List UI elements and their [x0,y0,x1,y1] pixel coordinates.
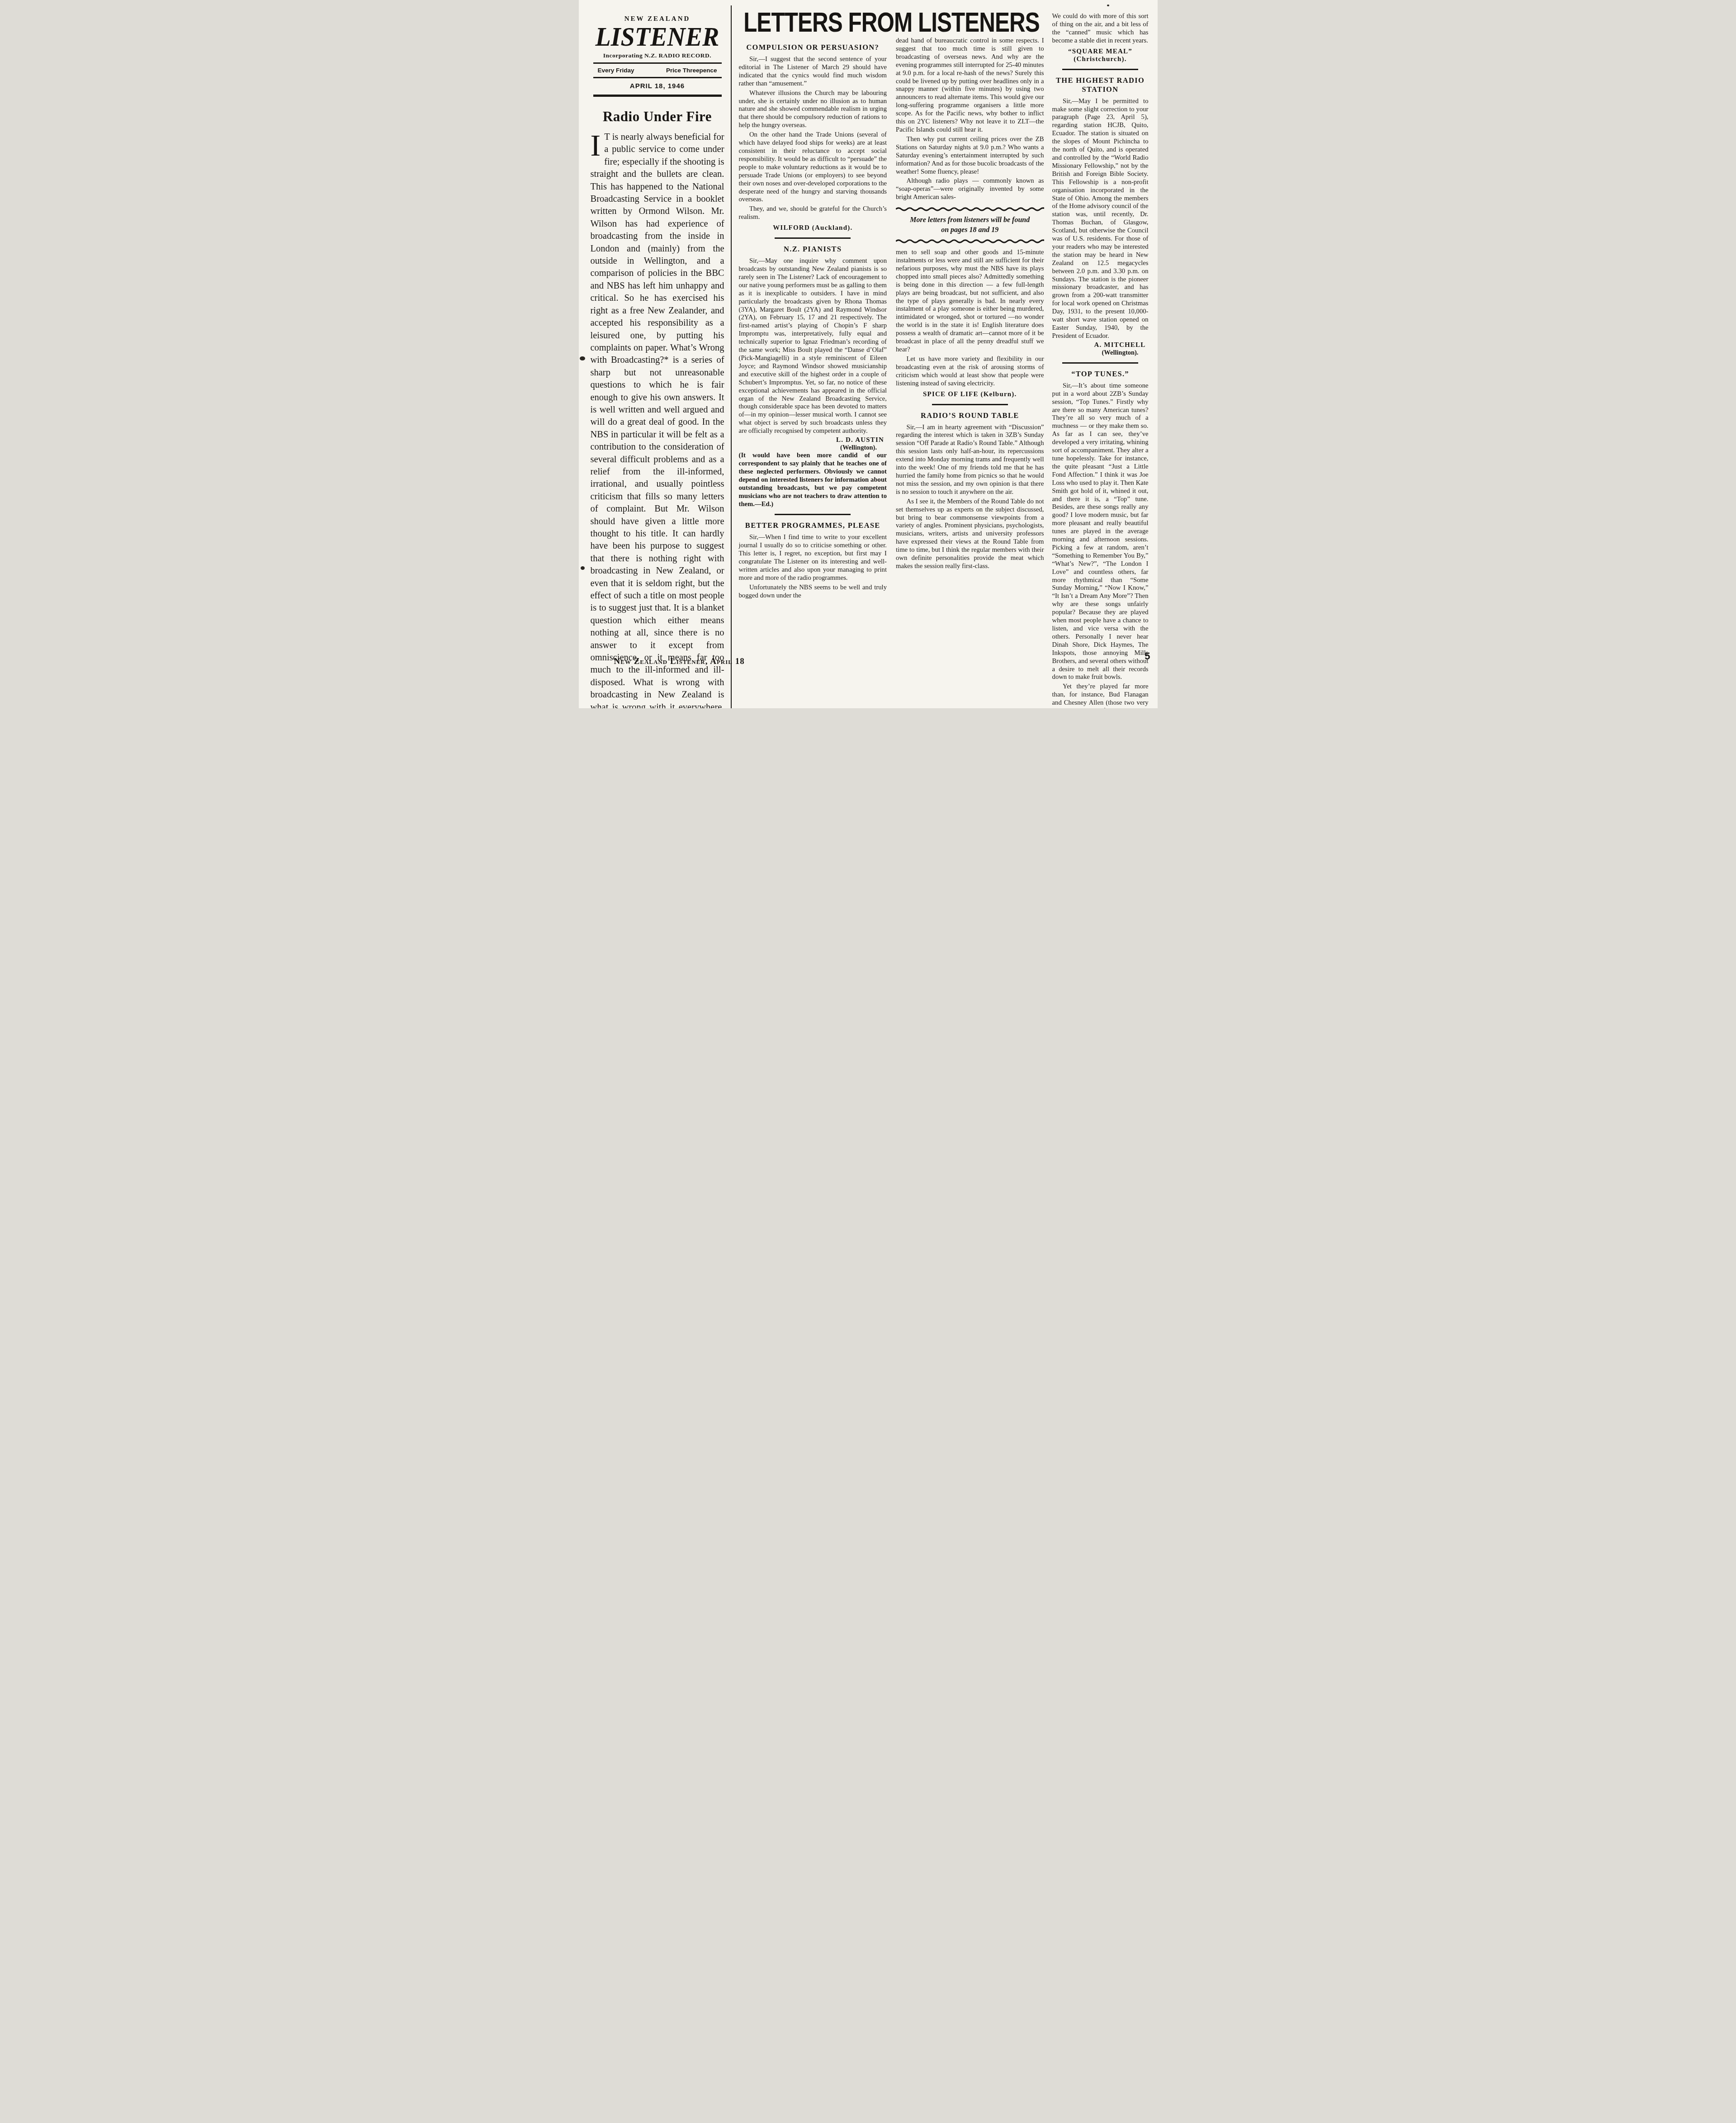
letters-section: LETTERS FROM LISTENERS COMPULSION OR PER… [732,5,1044,708]
page-number: 5 [1145,650,1150,662]
editorial-body: IT is nearly always beneficial for a pub… [591,131,724,708]
masthead-price: Price Threepence [666,67,717,74]
letter-title-top-tunes: “TOP TUNES.” [1052,370,1149,379]
editor-note: (It would have been more candid of our c… [739,452,887,508]
masthead-frequency: Every Friday [598,67,634,74]
letter-title-highest-radio-station: THE HIGHEST RADIO STATION [1052,76,1149,94]
wavy-rule-top [896,207,1044,211]
letter-paragraph: Yet they’re played far more than, for in… [1052,683,1149,708]
letter-signature-location: (Wellington). [1052,349,1149,357]
letter-paragraph-continuation: We could do with more of this sort of th… [1052,13,1149,45]
masthead-frequency-price-row: Every Friday Price Threepence [593,64,722,74]
column-editorial: NEW ZEALAND LISTENER Incorporating N.Z. … [591,5,732,708]
letter-title-compulsion: COMPULSION OR PERSUASION? [739,43,887,52]
letter-paragraph: Sir,—It’s about time someone put in a wo… [1052,382,1149,682]
column-2: COMPULSION OR PERSUASION? Sir,—I suggest… [739,37,887,600]
editorial-text: T is nearly always beneficial for a publ… [591,132,724,708]
section-divider [1062,362,1138,364]
section-divider [775,237,851,239]
letter-signature: SPICE OF LIFE (Kelburn). [896,391,1044,398]
ink-speck [1107,5,1109,6]
columns-wrapper: NEW ZEALAND LISTENER Incorporating N.Z. … [591,5,1149,708]
letter-signature-location: (Wellington). [739,444,887,452]
masthead-region: NEW ZEALAND [593,15,722,23]
letter-paragraph-continuation: dead hand of bureaucratic control in som… [896,37,1044,134]
editorial-dropcap: I [591,131,605,156]
letter-title-nz-pianists: N.Z. PIANISTS [739,245,887,254]
section-divider [775,514,851,515]
more-letters-line1: More letters from listeners will be foun… [896,215,1044,225]
letter-paragraph-continuation: men to sell soap and other goods and 15-… [896,249,1044,354]
masthead-subtitle: Incorporating N.Z. RADIO RECORD. [593,52,722,59]
letter-paragraph: Sir,—May I be permitted to make some sli… [1052,98,1149,341]
letter-paragraph: Whatever illusions the Church may be lab… [739,90,887,130]
masthead-rule-thick [593,95,722,97]
letter-paragraph: Sir,—I suggest that the second sentence … [739,56,887,88]
masthead-title: LISTENER [593,24,722,51]
newspaper-page: NEW ZEALAND LISTENER Incorporating N.Z. … [579,0,1158,708]
letter-paragraph: Unfortunately the NBS seems to be well a… [739,584,887,600]
letter-paragraph: Although radio plays — commonly known as… [896,177,1044,202]
section-divider [932,404,1008,405]
section-divider [1062,69,1138,70]
letter-paragraph: Sir,—May one inquire why comment upon br… [739,257,887,436]
letter-paragraph: Let us have more variety and flexibility… [896,355,1044,388]
letter-signature: WILFORD (Auckland). [739,224,887,232]
ink-speck [580,356,585,360]
column-3: dead hand of bureaucratic control in som… [896,37,1044,600]
letter-paragraph: Sir,—When I find time to write to your e… [739,534,887,582]
letter-paragraph: Then why put current ceiling prices over… [896,136,1044,176]
letter-signature: L. D. AUSTIN [739,436,887,444]
more-letters-notice: More letters from listeners will be foun… [896,207,1044,243]
letter-title-better-programmes: BETTER PROGRAMMES, PLEASE [739,521,887,530]
letter-signature: “SQUARE MEAL” (Christchurch). [1052,48,1149,63]
letter-signature: A. MITCHELL [1052,341,1149,349]
more-letters-line2: on pages 18 and 19 [896,225,1044,235]
ink-speck [581,566,585,570]
masthead-date: APRIL 18, 1946 [593,78,722,91]
letter-paragraph: On the other hand the Trade Unions (seve… [739,131,887,204]
editorial-title: Radio Under Fire [591,109,724,125]
more-letters-text: More letters from listeners will be foun… [896,215,1044,235]
letter-paragraph: As I see it, the Members of the Round Ta… [896,498,1044,571]
column-4: We could do with more of this sort of th… [1044,5,1149,708]
letters-columns: COMPULSION OR PERSUASION? Sir,—I suggest… [739,37,1044,600]
letter-title-radios-round-table: RADIO’S ROUND TABLE [896,411,1044,420]
letter-paragraph: Sir,—I am in hearty agreement with “Disc… [896,424,1044,497]
wavy-rule-bottom [896,239,1044,243]
letter-paragraph: They, and we, should be grateful for the… [739,205,887,222]
footer-publication-line: New Zealand Listener, April 18 [614,657,745,667]
letters-headline: LETTERS FROM LISTENERS [743,8,1040,37]
masthead: NEW ZEALAND LISTENER Incorporating N.Z. … [593,15,722,97]
